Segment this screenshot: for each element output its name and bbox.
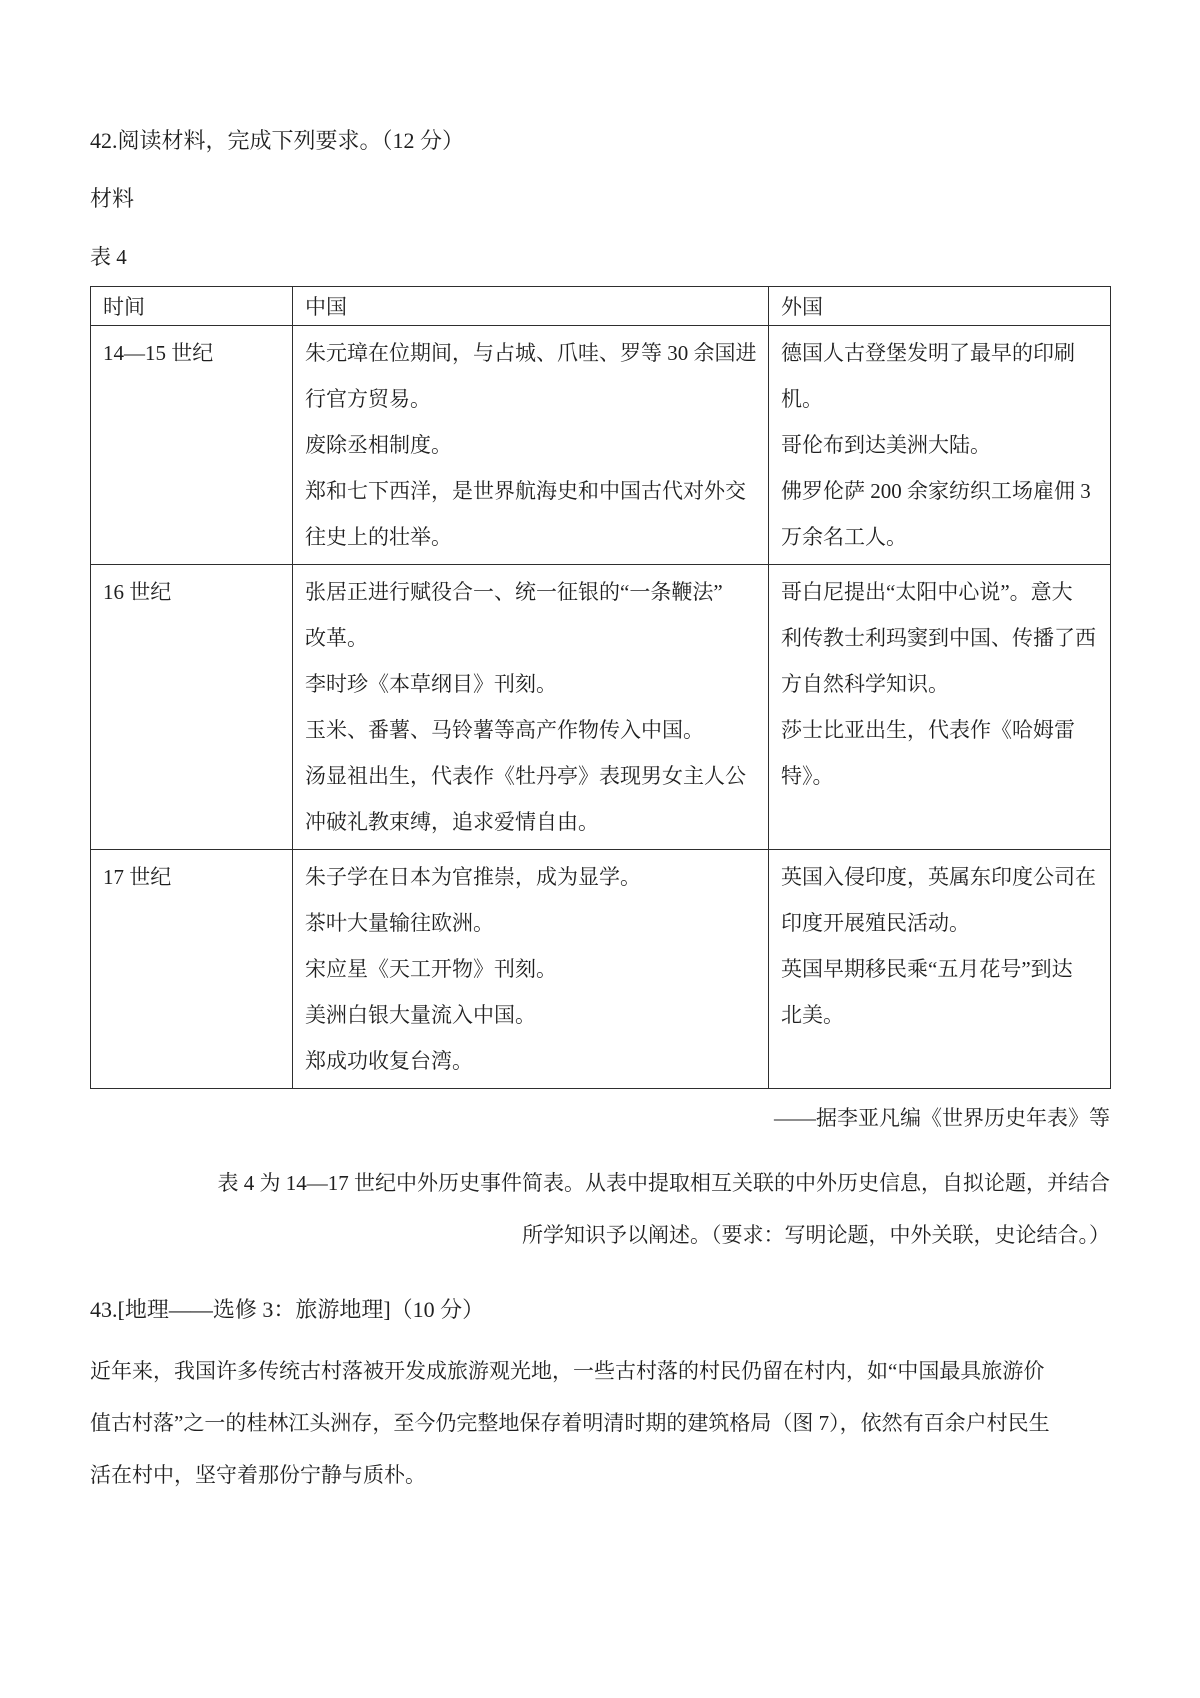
table-row: 17 世纪朱子学在日本为官推崇，成为显学。茶叶大量输往欧洲。宋应星《天工开物》刊… xyxy=(91,850,1111,1089)
text-line: 值古村落”之一的桂林江头洲存，至今仍完整地保存着明清时期的建筑格局（图 7），依… xyxy=(90,1397,1110,1449)
event-line: 万余名工人。 xyxy=(781,514,1108,560)
time-cell: 17 世纪 xyxy=(91,850,293,1089)
header-time: 时间 xyxy=(91,287,293,326)
document-content: 42.阅读材料，完成下列要求。（12 分） 材料 表 4 时间 中国 外国 14… xyxy=(0,0,1200,1501)
event-line: 德国人古登堡发明了最早的印刷 xyxy=(781,330,1108,376)
event-line: 英国早期移民乘“五月花号”到达 xyxy=(781,946,1108,992)
event-line: 特》。 xyxy=(781,753,1108,799)
time-text: 17 世纪 xyxy=(103,854,290,900)
text-line: 所学知识予以阐述。（要求：写明论题，中外关联，史论结合。） xyxy=(90,1209,1110,1261)
event-line: 英国入侵印度，英属东印度公司在 xyxy=(781,854,1108,900)
china-cell: 朱子学在日本为官推崇，成为显学。茶叶大量输往欧洲。宋应星《天工开物》刊刻。美洲白… xyxy=(293,850,769,1089)
event-line: 佛罗伦萨 200 余家纺织工场雇佣 3 xyxy=(781,468,1108,514)
header-china: 中国 xyxy=(293,287,769,326)
time-cell: 14—15 世纪 xyxy=(91,326,293,565)
event-line: 北美。 xyxy=(781,992,1108,1038)
event-table-body: 14—15 世纪朱元璋在位期间，与占城、爪哇、罗等 30 余国进行官方贸易。废除… xyxy=(91,326,1111,1089)
table-row: 14—15 世纪朱元璋在位期间，与占城、爪哇、罗等 30 余国进行官方贸易。废除… xyxy=(91,326,1111,565)
document-page: 42.阅读材料，完成下列要求。（12 分） 材料 表 4 时间 中国 外国 14… xyxy=(0,0,1200,1698)
question-43-title: 43.[地理——选修 3：旅游地理]（10 分） xyxy=(90,1297,1110,1323)
event-line: 哥白尼提出“太阳中心说”。意大 xyxy=(781,569,1108,615)
table-4-label: 表 4 xyxy=(90,244,1110,270)
foreign-cell: 英国入侵印度，英属东印度公司在印度开展殖民活动。英国早期移民乘“五月花号”到达北… xyxy=(769,850,1111,1089)
event-line: 朱元璋在位期间，与占城、爪哇、罗等 30 余国进 xyxy=(305,330,766,376)
event-line: 印度开展殖民活动。 xyxy=(781,900,1108,946)
header-foreign: 外国 xyxy=(769,287,1111,326)
event-line: 郑和七下西洋，是世界航海史和中国古代对外交 xyxy=(305,468,766,514)
event-line: 废除丞相制度。 xyxy=(305,422,766,468)
event-line: 方自然科学知识。 xyxy=(781,661,1108,707)
source-citation: ——据李亚凡编《世界历史年表》等 xyxy=(90,1105,1110,1131)
event-line: 李时珍《本草纲目》刊刻。 xyxy=(305,661,766,707)
time-text: 14—15 世纪 xyxy=(103,330,290,376)
text-line: 表 4 为 14—17 世纪中外历史事件简表。从表中提取相互关联的中外历史信息，… xyxy=(90,1157,1110,1209)
china-cell: 朱元璋在位期间，与占城、爪哇、罗等 30 余国进行官方贸易。废除丞相制度。郑和七… xyxy=(293,326,769,565)
table-header-row: 时间 中国 外国 xyxy=(91,287,1111,326)
question-42-title: 42.阅读材料，完成下列要求。（12 分） xyxy=(90,128,1110,154)
event-line: 行官方贸易。 xyxy=(305,376,766,422)
question-43-paragraph: 近年来，我国许多传统古村落被开发成旅游观光地，一些古村落的村民仍留在村内，如“中… xyxy=(90,1345,1110,1501)
event-line: 张居正进行赋役合一、统一征银的“一条鞭法” xyxy=(305,569,766,615)
event-line: 哥伦布到达美洲大陆。 xyxy=(781,422,1108,468)
event-line: 机。 xyxy=(781,376,1108,422)
time-text: 16 世纪 xyxy=(103,569,290,615)
event-line: 汤显祖出生，代表作《牡丹亭》表现男女主人公 xyxy=(305,753,766,799)
text-line: 活在村中，坚守着那份宁静与质朴。 xyxy=(90,1449,1110,1501)
material-label: 材料 xyxy=(90,186,1110,212)
time-cell: 16 世纪 xyxy=(91,565,293,850)
table-row: 16 世纪张居正进行赋役合一、统一征银的“一条鞭法”改革。李时珍《本草纲目》刊刻… xyxy=(91,565,1111,850)
event-line: 利传教士利玛窦到中国、传播了西 xyxy=(781,615,1108,661)
foreign-cell: 德国人古登堡发明了最早的印刷机。哥伦布到达美洲大陆。佛罗伦萨 200 余家纺织工… xyxy=(769,326,1111,565)
event-line: 美洲白银大量流入中国。 xyxy=(305,992,766,1038)
question-42-prompt: 表 4 为 14—17 世纪中外历史事件简表。从表中提取相互关联的中外历史信息，… xyxy=(90,1157,1110,1261)
event-line: 朱子学在日本为官推崇，成为显学。 xyxy=(305,854,766,900)
event-line: 改革。 xyxy=(305,615,766,661)
history-events-table: 时间 中国 外国 14—15 世纪朱元璋在位期间，与占城、爪哇、罗等 30 余国… xyxy=(90,286,1111,1089)
event-line: 玉米、番薯、马铃薯等高产作物传入中国。 xyxy=(305,707,766,753)
event-line: 茶叶大量输往欧洲。 xyxy=(305,900,766,946)
foreign-cell: 哥白尼提出“太阳中心说”。意大利传教士利玛窦到中国、传播了西方自然科学知识。莎士… xyxy=(769,565,1111,850)
text-line: 近年来，我国许多传统古村落被开发成旅游观光地，一些古村落的村民仍留在村内，如“中… xyxy=(90,1345,1110,1397)
china-cell: 张居正进行赋役合一、统一征银的“一条鞭法”改革。李时珍《本草纲目》刊刻。玉米、番… xyxy=(293,565,769,850)
event-line: 宋应星《天工开物》刊刻。 xyxy=(305,946,766,992)
event-line: 往史上的壮举。 xyxy=(305,514,766,560)
event-line: 莎士比亚出生，代表作《哈姆雷 xyxy=(781,707,1108,753)
event-line: 冲破礼教束缚，追求爱情自由。 xyxy=(305,799,766,845)
event-line: 郑成功收复台湾。 xyxy=(305,1038,766,1084)
